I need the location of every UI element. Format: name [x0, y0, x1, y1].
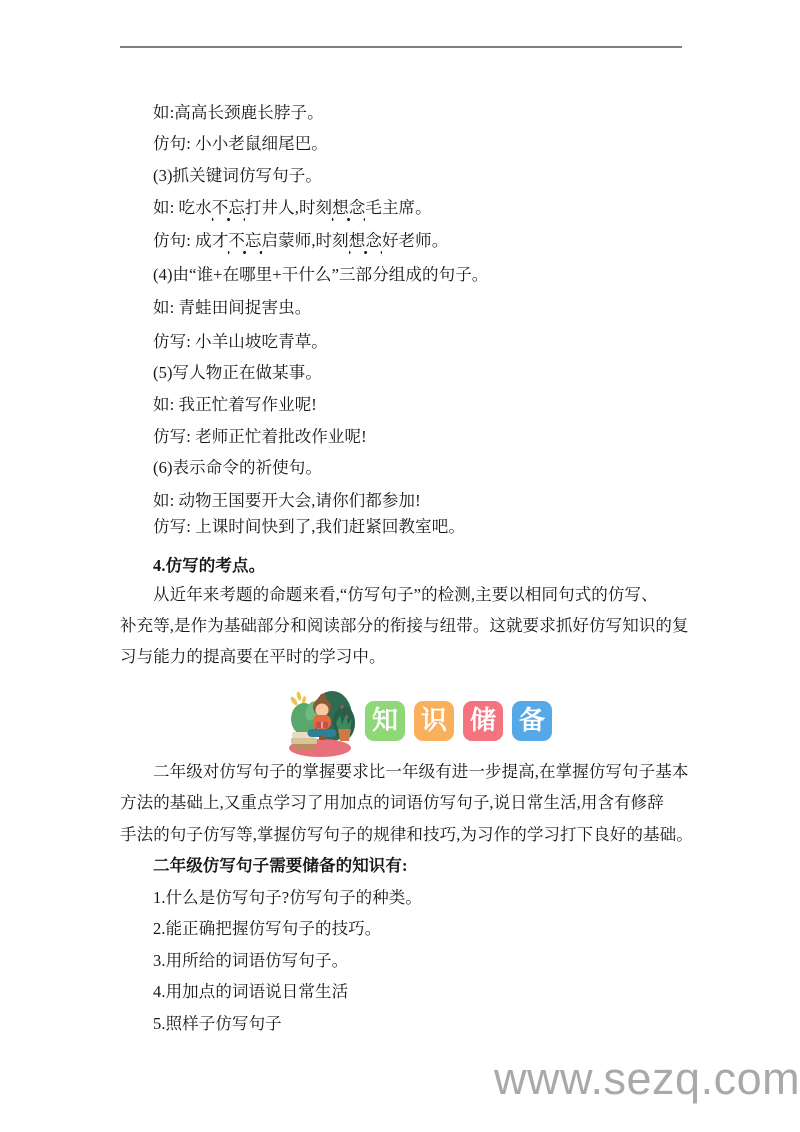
text-line: (4)由“谁+在哪里+干什么”三部分组成的句子。: [120, 264, 719, 286]
section-heading: 二年级仿写句子需要储备的知识有:: [120, 855, 719, 877]
text-line: 仿写: 上课时间快到了,我们赶紧回教室吧。: [120, 516, 719, 538]
banner-tile-zhi: 知: [365, 701, 405, 741]
text-line: (5)写人物正在做某事。: [120, 362, 719, 384]
banner-tile-shi: 识: [414, 701, 454, 741]
banner-tile-chu: 储: [463, 701, 503, 741]
text-line: (6)表示命令的祈使句。: [120, 457, 719, 479]
text-line: 如: 我正忙着写作业呢!: [120, 394, 719, 416]
text-line: 仿句: 成才不忘启蒙师,时刻想念好老师。: [120, 230, 719, 252]
text-line: 补充等,是作为基础部分和阅读部分的衔接与纽带。这就要求抓好仿写知识的复: [120, 615, 686, 637]
list-item: 5.照样子仿写句子: [120, 1013, 719, 1035]
text-line: 方法的基础上,又重点学习了用加点的词语仿写句子,说日常生活,用含有修辞: [120, 792, 686, 814]
text-line: 手法的句子仿写等,掌握仿写句子的规律和技巧,为习作的学习打下良好的基础。: [120, 824, 686, 846]
watermark: www.sezq.com: [494, 1053, 800, 1105]
header-rule: [120, 46, 682, 48]
text-line: 仿写: 老师正忙着批改作业呢!: [120, 426, 719, 448]
text-line: 如: 动物王国要开大会,请你们都参加!: [120, 490, 719, 512]
banner-tile-bei: 备: [512, 701, 552, 741]
section-heading: 4.仿写的考点。: [120, 555, 719, 577]
text-line: 仿写: 小羊山坡吃青草。: [120, 331, 719, 353]
text-line: 如:高高长颈鹿长脖子。: [120, 102, 719, 124]
text-line: 如: 青蛙田间捉害虫。: [120, 297, 719, 319]
text-line: 习与能力的提高要在平时的学习中。: [120, 646, 686, 668]
text-line: 如: 吃水不忘打井人,时刻想念毛主席。: [120, 197, 719, 219]
list-item: 3.用所给的词语仿写句子。: [120, 950, 719, 972]
text-line: 从近年来考题的命题来看,“仿写句子”的检测,主要以相同句式的仿写、: [120, 584, 719, 606]
knowledge-banner: 知 识 储 备: [286, 684, 552, 758]
text-line: (3)抓关键词仿写句子。: [120, 165, 719, 187]
list-item: 1.什么是仿写句子?仿写句子的种类。: [120, 887, 719, 909]
girl-reading-illustration: [286, 685, 356, 757]
text-line: 仿句: 小小老鼠细尾巴。: [120, 133, 719, 155]
list-item: 4.用加点的词语说日常生活: [120, 981, 719, 1003]
list-item: 2.能正确把握仿写句子的技巧。: [120, 918, 719, 940]
text-line: 二年级对仿写句子的掌握要求比一年级有进一步提高,在掌握仿写句子基本: [120, 761, 719, 783]
